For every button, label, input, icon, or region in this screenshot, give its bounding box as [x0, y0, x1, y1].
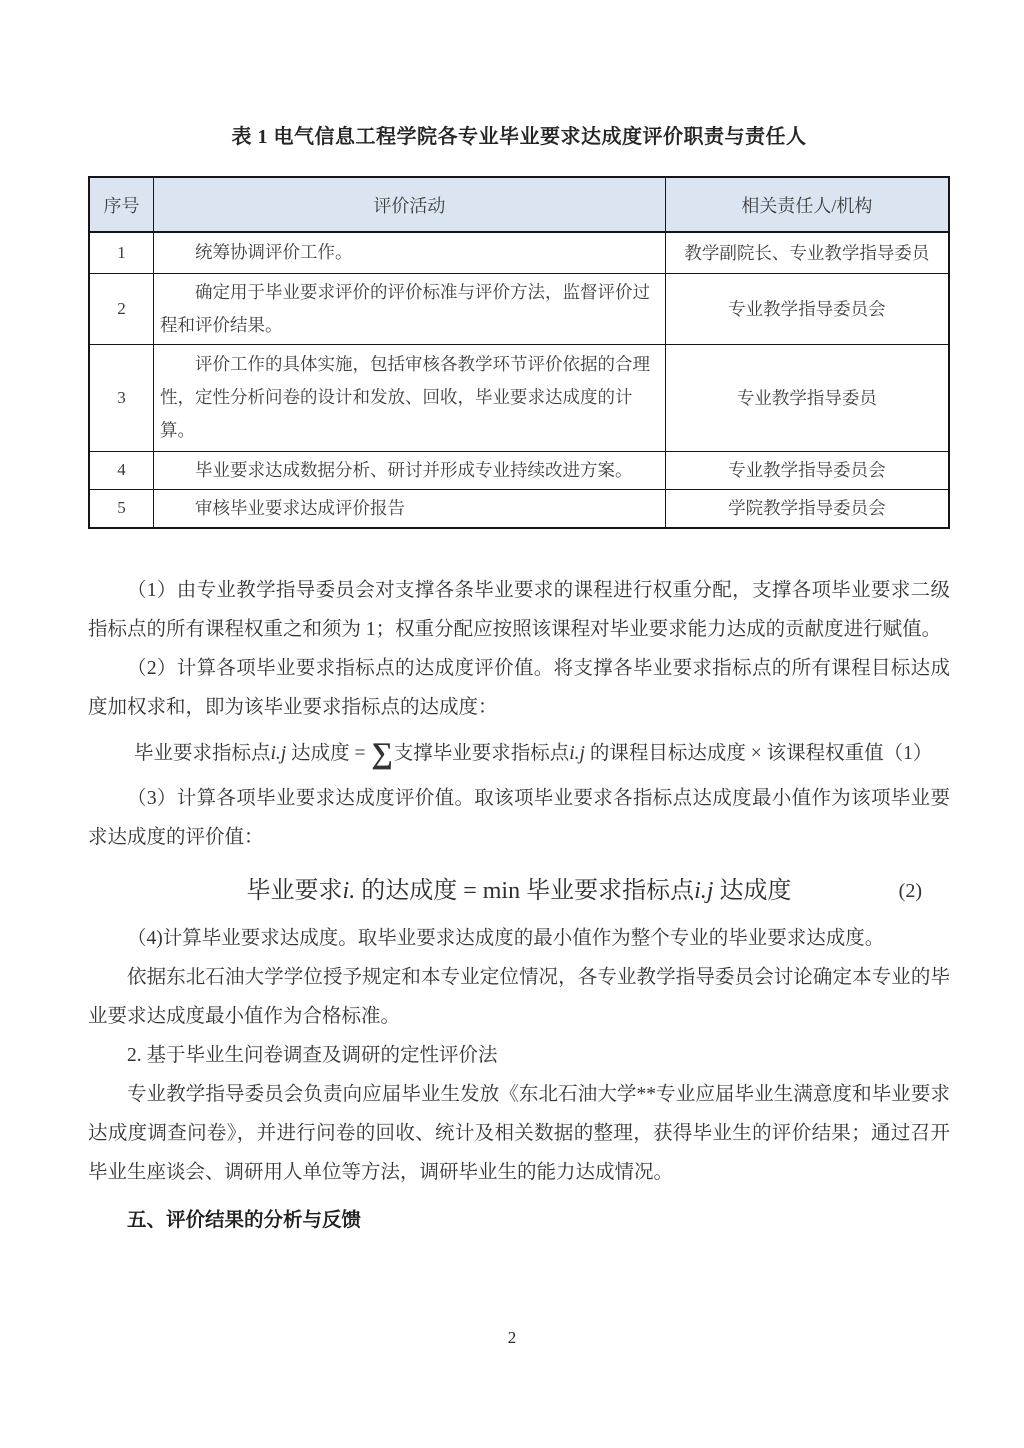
table-row: 3 评价工作的具体实施，包括审核各教学环节评价依据的合理性，定性分析问卷的设计和… — [89, 344, 949, 451]
cell-activity: 毕业要求达成数据分析、研讨并形成专业持续改进方案。 — [154, 451, 666, 489]
formula-2-var: i. — [343, 878, 356, 904]
table-row: 4 毕业要求达成数据分析、研讨并形成专业持续改进方案。 专业教学指导委员会 — [89, 451, 949, 489]
cell-responsible: 教学副院长、专业教学指导委员 — [665, 232, 949, 273]
col-header-no: 序号 — [89, 177, 154, 232]
paragraph-qualitative-method-title: 2. 基于毕业生问卷调查及调研的定性评价法 — [88, 1036, 950, 1075]
formula-2-var: i.j — [694, 878, 713, 904]
formula-2-text: 达成度 — [713, 878, 791, 904]
cell-activity: 确定用于毕业要求评价的评价标准与评价方法，监督评价过程和评价结果。 — [154, 273, 666, 344]
cell-activity: 统筹协调评价工作。 — [154, 232, 666, 273]
table-header-row: 序号 评价活动 相关责任人/机构 — [89, 177, 949, 232]
cell-no: 2 — [89, 273, 154, 344]
formula-1-text: 支撑毕业要求指标点 — [394, 743, 570, 764]
cell-activity: 评价工作的具体实施，包括审核各教学环节评价依据的合理性，定性分析问卷的设计和发放… — [154, 344, 666, 451]
paragraph-requirement-calculation: （3）计算各项毕业要求达成度评价值。取该项毕业要求各指标点达成度最小值作为该项毕… — [88, 779, 950, 857]
formula-1-text: 毕业要求指标点 — [134, 743, 271, 764]
table-caption: 表 1 电气信息工程学院各专业毕业要求达成度评价职责与责任人 — [88, 120, 950, 149]
col-header-activity: 评价活动 — [154, 177, 666, 232]
cell-no: 3 — [89, 344, 154, 451]
cell-no: 1 — [89, 232, 154, 273]
paragraph-overall-calculation: （4)计算毕业要求达成度。取毕业要求达成度的最小值作为整个专业的毕业要求达成度。 — [88, 919, 950, 958]
table-row: 2 确定用于毕业要求评价的评价标准与评价方法，监督评价过程和评价结果。 专业教学… — [89, 273, 949, 344]
formula-1-var: i.j — [271, 743, 287, 764]
paragraph-indicator-calculation: （2）计算各项毕业要求指标点的达成度评价值。将支撑各毕业要求指标点的所有课程目标… — [88, 649, 950, 727]
cell-responsible: 学院教学指导委员会 — [665, 489, 949, 528]
formula-2-text: 毕业要求 — [247, 878, 343, 904]
document-page: 表 1 电气信息工程学院各专业毕业要求达成度评价职责与责任人 序号 评价活动 相… — [88, 0, 950, 1240]
formula-2: 毕业要求i. 的达成度 = min 毕业要求指标点i.j 达成度 (2) — [88, 869, 950, 913]
formula-2-text: 的达成度 = min 毕业要求指标点 — [355, 878, 694, 904]
formula-1-text: 的课程目标达成度 × 该课程权重值 — [585, 743, 884, 764]
sigma-symbol: ∑ — [370, 737, 393, 770]
page-number: 2 — [0, 1328, 1024, 1348]
cell-no: 4 — [89, 451, 154, 489]
col-header-responsible: 相关责任人/机构 — [665, 177, 949, 232]
table-row: 5 审核毕业要求达成评价报告 学院教学指导委员会 — [89, 489, 949, 528]
paragraph-questionnaire: 专业教学指导委员会负责向应届毕业生发放《东北石油大学**专业应届毕业生满意度和毕… — [88, 1075, 950, 1192]
formula-2-number: (2) — [899, 869, 922, 913]
cell-activity: 审核毕业要求达成评价报告 — [154, 489, 666, 528]
table-row: 1 统筹协调评价工作。 教学副院长、专业教学指导委员 — [89, 232, 949, 273]
paragraph-weight-allocation: （1）由专业教学指导委员会对支撑各条毕业要求的课程进行权重分配，支撑各项毕业要求… — [88, 571, 950, 649]
formula-1-var: i.j — [569, 743, 585, 764]
responsibility-table: 序号 评价活动 相关责任人/机构 1 统筹协调评价工作。 教学副院长、专业教学指… — [88, 176, 950, 529]
formula-1: 毕业要求指标点i.j 达成度 = ∑支撑毕业要求指标点i.j 的课程目标达成度 … — [88, 733, 950, 775]
cell-no: 5 — [89, 489, 154, 528]
paragraph-passing-standard: 依据东北石油大学学位授予规定和本专业定位情况，各专业教学指导委员会讨论确定本专业… — [88, 958, 950, 1036]
formula-1-text: 达成度 = — [286, 743, 370, 764]
formula-1-number: （1） — [884, 743, 933, 764]
cell-responsible: 专业教学指导委员 — [665, 344, 949, 451]
cell-responsible: 专业教学指导委员会 — [665, 273, 949, 344]
section-heading-analysis-feedback: 五、评价结果的分析与反馈 — [88, 1201, 950, 1240]
cell-responsible: 专业教学指导委员会 — [665, 451, 949, 489]
